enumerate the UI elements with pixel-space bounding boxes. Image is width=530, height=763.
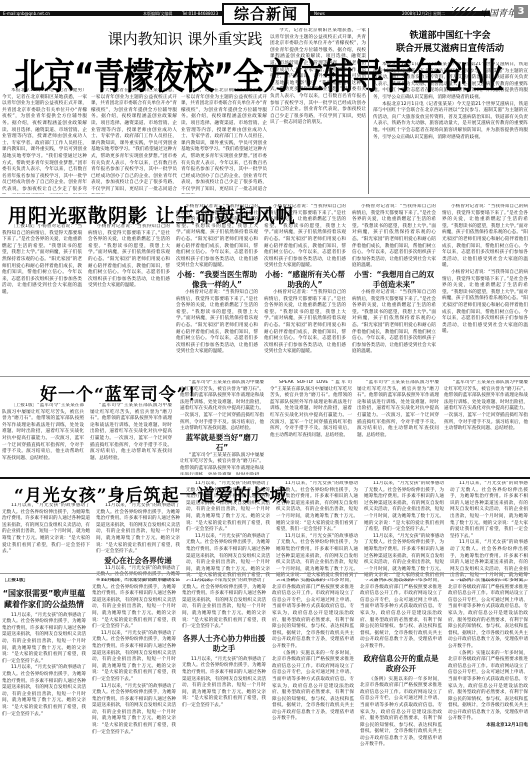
blue-army-column-4: SPEAK SOFTLY LOVE “蓝军司令”王某某在部队演习中屡屡让红军吃尽… bbox=[270, 380, 352, 475]
moon-girl-column-3: 11月以来，“月光女孩”的故事感动了无数人。社会各界纷纷伸出援手，为她筹集治疗费… bbox=[186, 481, 270, 581]
issue-date: 2008年12月2日 bbox=[402, 10, 432, 17]
sunshine-subhead-2: 小杨：“感谢所有关心帮助我的人” bbox=[264, 270, 346, 290]
page-number: 3 bbox=[514, 5, 528, 18]
lead-column-3: 今天，记者在北京朝阳区某地获悉，一家以青年创业为主题的公益夜校正式开课，共青团北… bbox=[181, 88, 267, 194]
hatch-ornament bbox=[452, 7, 476, 16]
redcross-headline: 铁道部中国红十字会 联合开展艾滋病日宣传活动 bbox=[372, 30, 528, 56]
masthead-tel: Tel:010-84688023 bbox=[182, 10, 218, 17]
dateline: 本报北京12月1日电 bbox=[448, 723, 528, 730]
sunshine-column-5: 小杨曾对记者说：“当我得知自己的病情后，我觉得天都要塌下来了。”是社会各界的关爱… bbox=[352, 204, 436, 372]
section-title: 综合新闻 bbox=[222, 3, 310, 25]
masthead: E-mail:qnb@qnb.net.cn 本版编辑/文编辑 Tel:010-8… bbox=[0, 3, 530, 25]
commentary-subhead: “国家很需要”歌声里蕴藏着作家们的公益热情 bbox=[2, 588, 86, 610]
blue-army-subhead: 蓝军就是要当好“磨刀石” bbox=[180, 433, 264, 453]
sunshine-subhead-3: 小雪：“我想用自己的双手创造未来” bbox=[352, 270, 436, 290]
commentary-column-3: 11月以来，“月光女孩”的故事感动了无数人。社会各界纷纷伸出援手，为她筹集治疗费… bbox=[182, 578, 266, 763]
moon-girl-column-4: 11月以来，“月光女孩”的故事感动了无数人。社会各界纷纷伸出援手，为她筹集治疗费… bbox=[276, 481, 358, 581]
sunshine-column-6: 小杨曾对记者说：“当我得知自己的病情后，我觉得天都要塌下来了。”是社会各界的关爱… bbox=[442, 204, 528, 372]
blue-army-column-1: ［上接1版］“蓝军司令”王某某在部队演习中屡屡让红军吃尽苦头，被官兵誉为“磨刀石… bbox=[2, 403, 84, 475]
masthead-email: E-mail:qnb@qnb.net.cn bbox=[3, 10, 50, 17]
lead-column-1: 本报北京12月1日电（记者李健男）今天，记者在北京朝阳区某地获悉，一家以青年创业… bbox=[2, 88, 87, 194]
sunshine-column-2: 小杨曾对记者说：“当我得知自己的病情后，我觉得天都要塌下来了。”是社会各界的关爱… bbox=[88, 224, 170, 372]
section-divider bbox=[0, 376, 530, 377]
commentary-column-1: ［上接1版］ “国家很需要”歌声里蕴藏着作家们的公益热情 11月以来，“月光女孩… bbox=[2, 578, 86, 763]
public-affairs-column-2: 《条例》实施以来的一年多时间，北京市各级政府部门严格按照要求推进政府信息公开工作… bbox=[360, 578, 442, 763]
blue-army-column-3: “蓝军司令”王某某在部队演习中屡屡让红军吃尽苦头，被官兵誉为“磨刀石”。他带领的… bbox=[180, 380, 264, 475]
blue-army-column-2: “蓝军司令”王某某在部队演习中屡屡让红军吃尽苦头，被官兵誉为“磨刀石”。他带领的… bbox=[90, 403, 172, 475]
column-divider bbox=[368, 28, 369, 194]
commentary-column-2: 11月以来，“月光女孩”的故事感动了无数人。社会各界纷纷伸出援手，为她筹集治疗费… bbox=[92, 578, 176, 763]
moon-girl-subhead-mid: 爱心在社会各界传递 bbox=[96, 556, 180, 566]
public-affairs-column-1: 《条例》实施以来的一年多时间，北京市各级政府部门严格按照要求推进政府信息公开工作… bbox=[272, 578, 354, 763]
lead-column-4: 今天，记者在北京朝阳区某地获悉，一家以青年创业为主题的公益夜校正式开课，共青团北… bbox=[270, 28, 366, 194]
issue-weekday: 星期二 bbox=[433, 10, 445, 17]
blue-army-column-6: “蓝军司令”王某某在部队演习中屡屡让红军吃尽苦头，被官兵誉为“磨刀石”。他带领的… bbox=[444, 380, 528, 475]
sunshine-column-3: 小杨曾对记者说：“当我得知自己的病情后，我觉得天都要塌下来了。”是社会各界的关爱… bbox=[176, 204, 258, 372]
moon-girl-column-5: 11月以来，“月光女孩”的故事感动了无数人。社会各界纷纷伸出援手，为她筹集治疗费… bbox=[364, 481, 444, 581]
moon-girl-column-6: 11月以来，“月光女孩”的故事感动了无数人。社会各界纷纷伸出援手，为她筹集治疗费… bbox=[450, 481, 528, 581]
moon-girl-column-1: 11月以来，“月光女孩”的故事感动了无数人。社会各界纷纷伸出援手，为她筹集治疗费… bbox=[2, 503, 90, 581]
masthead-editor: 本版编辑/文编辑 bbox=[143, 10, 172, 17]
public-affairs-column-3: 《条例》实施以来的一年多时间，北京市各级政府部门严格按照要求推进政府信息公开工作… bbox=[448, 578, 528, 763]
sunshine-column-4: 小杨曾对记者说：“当我得知自己的病情后，我觉得天都要塌下来了。”是社会各界的关爱… bbox=[264, 204, 346, 372]
moon-girl-column-2: 11月以来，“月光女孩”的故事感动了无数人。社会各界纷纷伸出援手，为她筹集治疗费… bbox=[96, 503, 180, 581]
blue-army-column-5: “蓝军司令”王某某在部队演习中屡屡让红军吃尽苦头，被官兵誉为“磨刀石”。他带领的… bbox=[357, 380, 439, 475]
section-divider bbox=[0, 197, 530, 198]
section-divider bbox=[0, 477, 530, 479]
redcross-body: 本报北京12月1日电（记者张某某）今天是第21个世界艾滋病日，铁道部与中国红十字… bbox=[373, 62, 528, 194]
section-english: News bbox=[314, 10, 325, 17]
sunshine-subhead-1: 小杨：“我要当医生帮助像我一样的人” bbox=[176, 270, 258, 290]
commentary-subhead-right: 各界人士齐心协力伸出援助之手 bbox=[182, 634, 266, 654]
public-affairs-subhead: 政府信息公开的重点是政府公开 bbox=[360, 654, 442, 674]
sunshine-column-1: ［上接1版］小杨曾对记者说：“当我得知自己的病情后，我觉得天都要塌下来了。”是社… bbox=[2, 224, 82, 372]
section-divider bbox=[0, 573, 530, 574]
lead-column-2: 今天，记者在北京朝阳区某地获悉，一家以青年创业为主题的公益夜校正式开课，共青团北… bbox=[91, 88, 177, 194]
